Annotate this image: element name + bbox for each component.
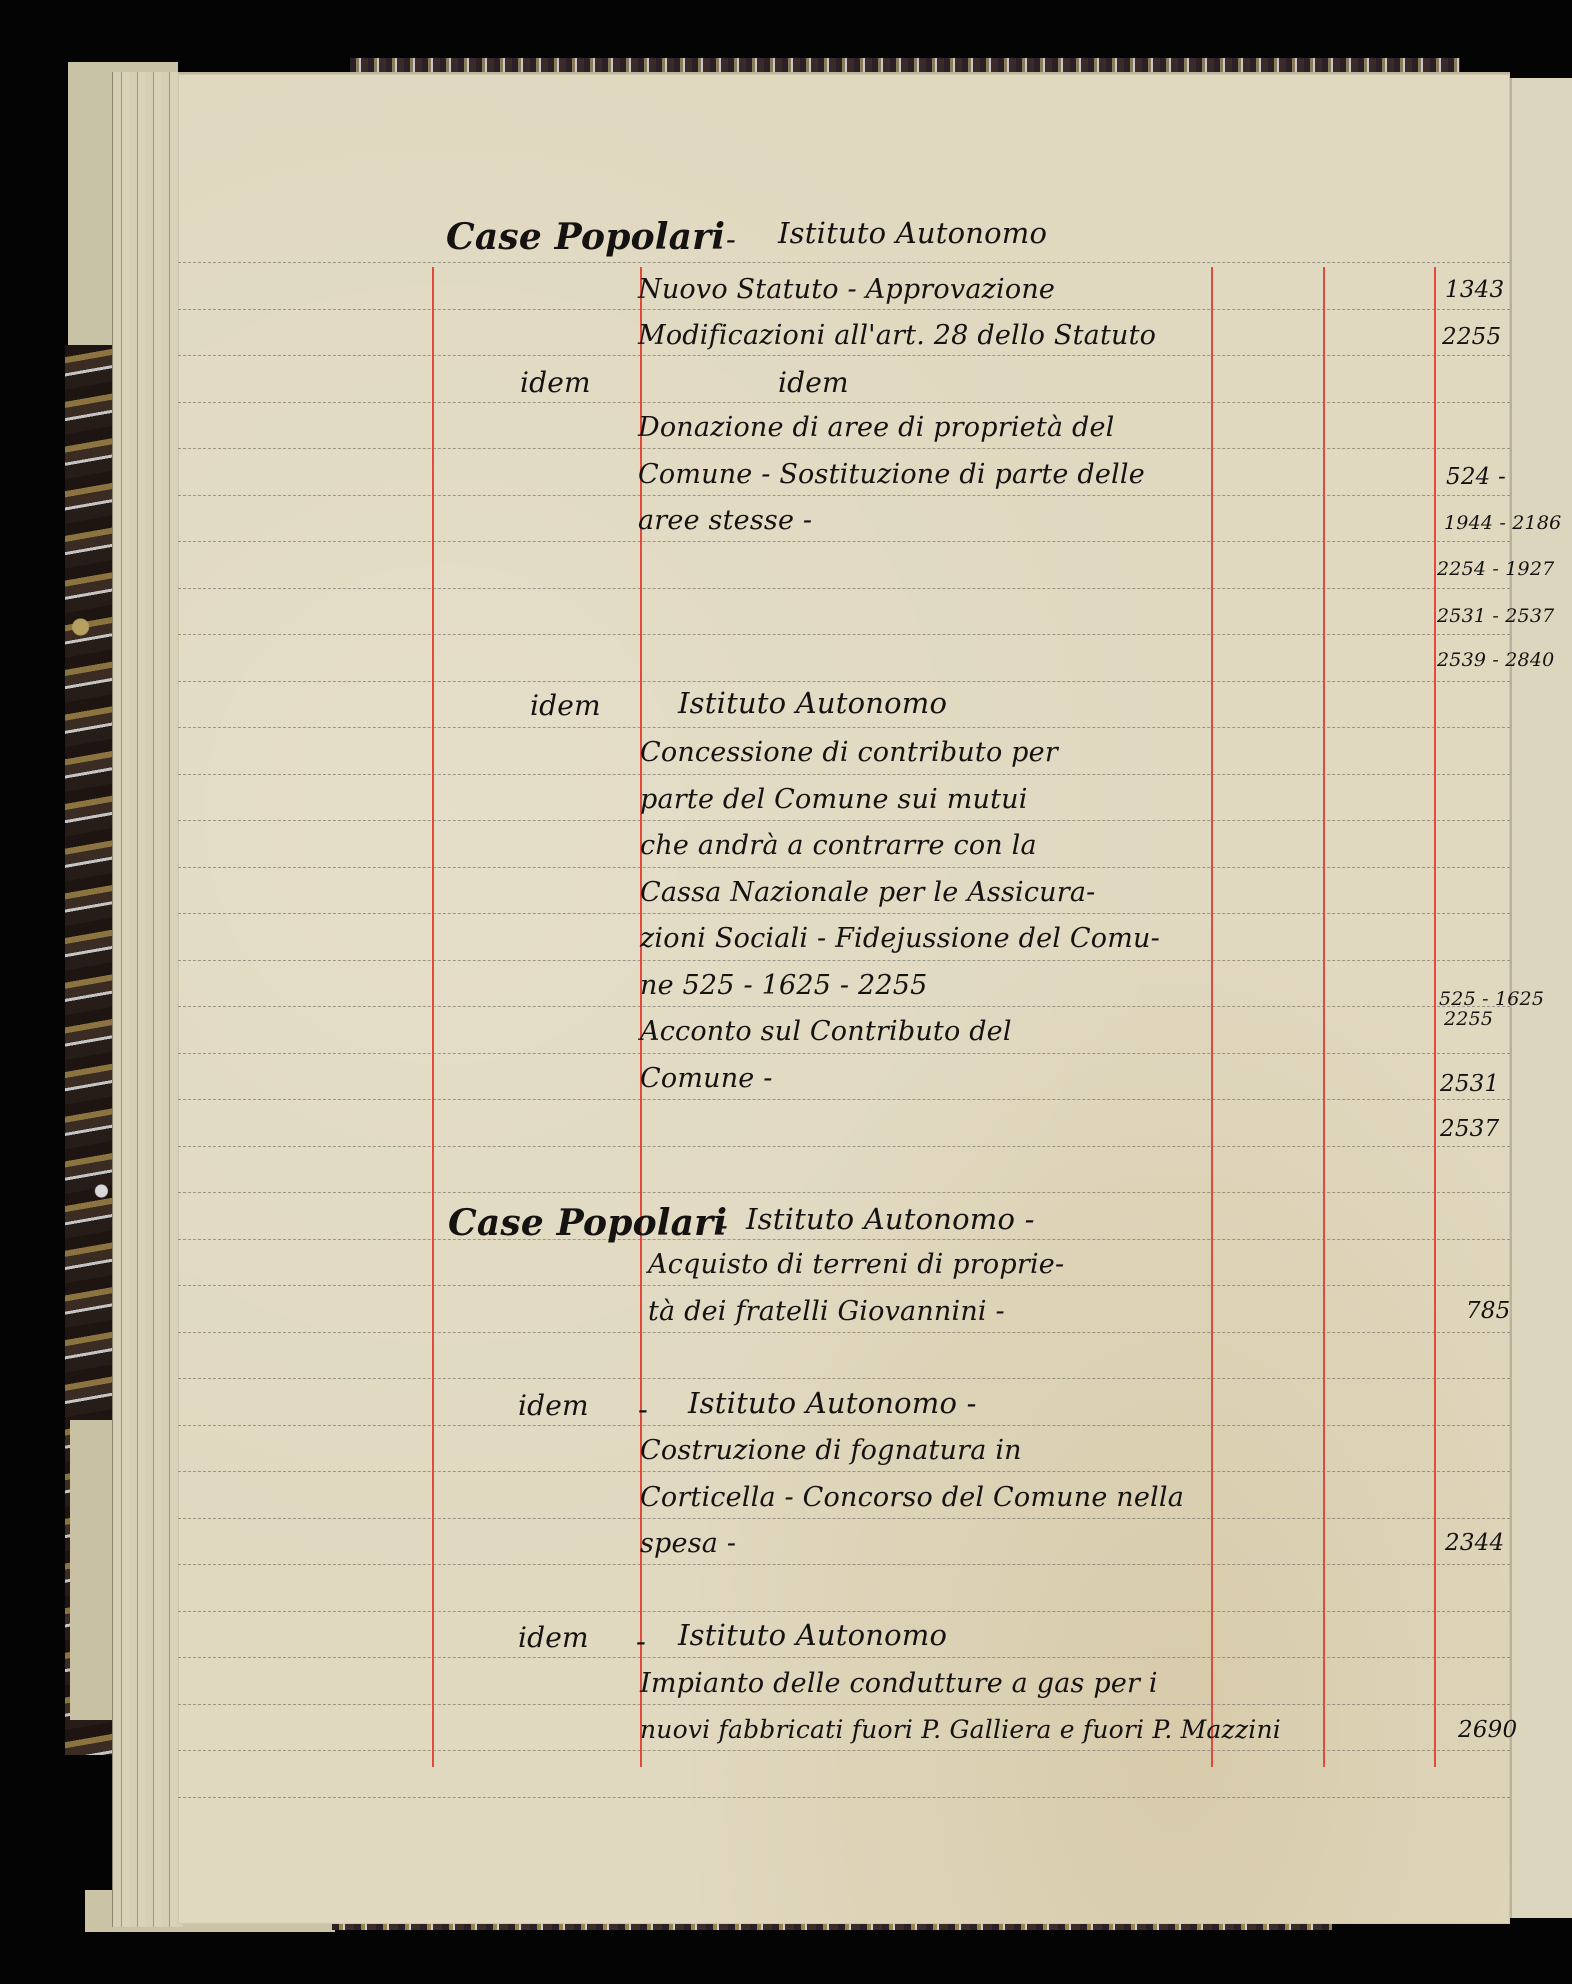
ruled-line [178,448,1510,449]
ruled-line [178,820,1510,821]
idem-marker: idem [520,366,591,399]
ruled-line [178,913,1510,914]
entry-line: aree stesse - [638,505,812,536]
entry-line: parte del Comune sui mutui [640,784,1028,815]
ref-number: 2344 [1445,1530,1504,1556]
ruled-line [178,1704,1510,1705]
ruled-line [178,355,1510,356]
entry-line: tà dei fratelli Giovannini - [648,1296,1005,1327]
ruled-line [178,495,1510,496]
entry-subject: Istituto Autonomo [678,686,947,720]
entry-line: Acconto sul Contributo del [640,1016,1012,1047]
ref-number: 1343 [1445,277,1504,303]
ruled-line [178,774,1510,775]
entry-line: Comune - Sostituzione di parte delle [638,459,1145,490]
entry-dash: - [726,222,736,256]
ref-number: 785 [1466,1298,1511,1324]
entry-line: Concessione di contributo per [640,737,1058,768]
entry-line: che andrà a contrarre con la [640,830,1037,861]
ruled-line [178,1518,1510,1519]
entry-line: Donazione di aree di proprietà del [638,412,1114,443]
ledger-page: Case Popolari - Istituto Autonomo Nuovo … [178,72,1510,1924]
ruled-line [178,309,1510,310]
entry-dash: - [718,1208,728,1242]
ref-number: 2254 - 1927 [1437,558,1554,580]
ruled-line [178,1471,1510,1472]
entry-subject: Istituto Autonomo - [746,1202,1035,1236]
marbled-cover-top [350,58,1460,72]
ref-number: 2255 [1442,324,1501,350]
ruled-line [178,1564,1510,1565]
column-rule [1434,267,1436,1767]
entry-subject: Istituto Autonomo [778,216,1047,250]
ruled-line [178,1425,1510,1426]
ruled-line [178,960,1510,961]
ref-number: 2537 [1440,1116,1499,1142]
ruled-line [178,1006,1510,1007]
entry-line: idem [778,366,849,399]
entry-dash: - [636,1624,646,1658]
entry-line: zioni Sociali - Fidejussione del Comu- [640,923,1160,954]
ruled-line [178,1750,1510,1751]
entry-line: ne 525 - 1625 - 2255 [640,970,928,1001]
ruled-line [178,262,1510,263]
ruled-line [178,634,1510,635]
ruled-line [178,681,1510,682]
ruled-line [178,867,1510,868]
page-stack-edges [112,72,183,1927]
ref-number: 2690 [1458,1717,1517,1743]
idem-marker: idem [530,689,601,722]
idem-marker: idem [518,1621,589,1654]
entry-line: Costruzione di fognatura in [640,1435,1022,1466]
ruled-line [178,1239,1510,1240]
ruled-line [178,1285,1510,1286]
entry-line: Acquisto di terreni di proprie- [648,1249,1064,1280]
entry-line: Modificazioni all'art. 28 dello Statuto [638,320,1156,351]
ruled-line [178,1192,1510,1193]
entry-subject: Istituto Autonomo - [688,1386,977,1420]
column-rule [1323,267,1325,1767]
ref-number: 2539 - 2840 [1437,649,1554,671]
entry-line: Corticella - Concorso del Comune nella [640,1482,1184,1513]
entry-line: Comune - [640,1063,773,1094]
ruled-line [178,1332,1510,1333]
entry-line: spesa - [640,1528,736,1559]
ruled-line [178,402,1510,403]
ref-number: 2255 [1444,1008,1493,1030]
ruled-line [178,541,1510,542]
idem-marker: idem [518,1389,589,1422]
entry-line: nuovi fabbricati fuori P. Galliera e fuo… [640,1715,1281,1744]
ruled-line [178,1611,1510,1612]
ruled-line [178,1378,1510,1379]
ruled-line [178,1657,1510,1658]
entry-line: Cassa Nazionale per le Assicura- [640,877,1096,908]
ruled-line [178,1146,1510,1147]
ruled-line [178,1099,1510,1100]
entry-dash: - [638,1392,648,1426]
ruled-line [178,588,1510,589]
ref-number: 2531 - 2537 [1437,605,1554,627]
ref-number: 525 - 1625 [1439,988,1544,1010]
ref-number: 1944 - 2186 [1444,512,1561,534]
ref-number: 524 - [1446,464,1506,490]
entry-heading: Case Popolari [448,1202,727,1244]
column-rule [432,267,434,1767]
entry-heading: Case Popolari [446,216,725,258]
ruled-line [178,1053,1510,1054]
entry-line: Impianto delle condutture a gas per i [640,1668,1158,1699]
ruled-line [178,1797,1510,1798]
column-rule [1211,267,1213,1767]
entry-line: Nuovo Statuto - Approvazione [638,274,1055,305]
entry-subject: Istituto Autonomo [678,1618,947,1652]
ruled-line [178,727,1510,728]
ref-number: 2531 [1440,1071,1499,1097]
